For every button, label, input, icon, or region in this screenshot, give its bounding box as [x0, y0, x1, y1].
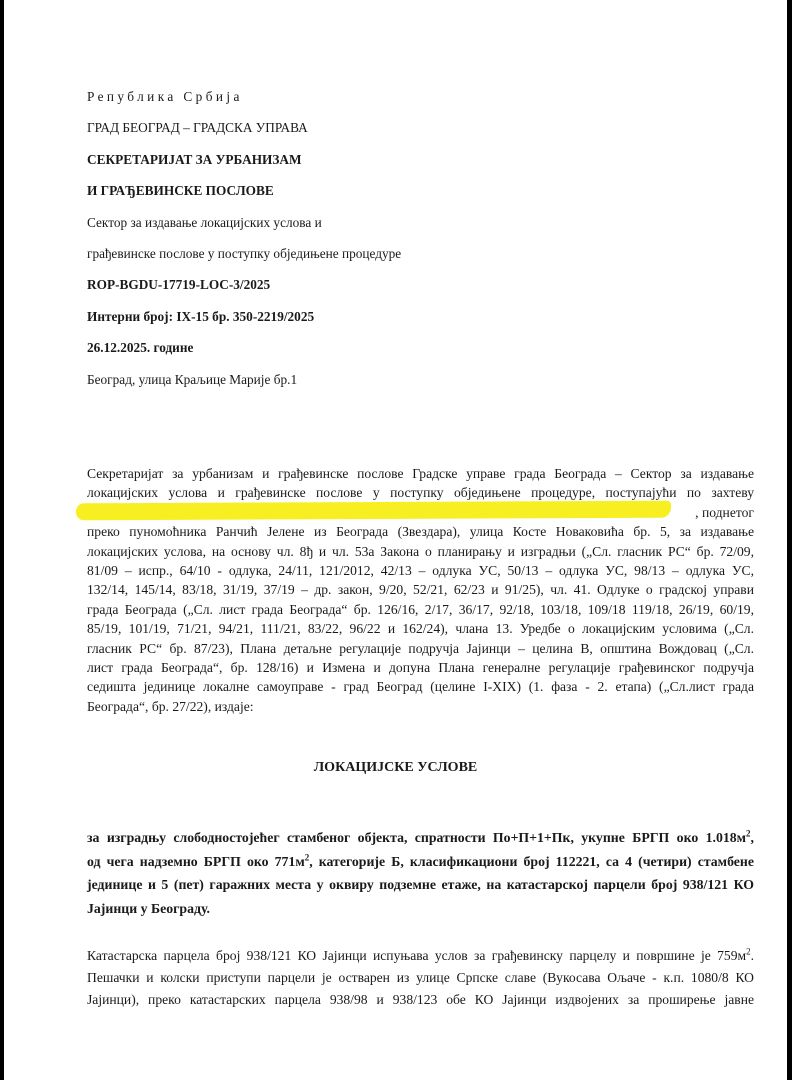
sector-line-1: Сектор за издавање локацијских услова и — [87, 215, 322, 231]
secretariat-line-1: СЕКРЕТАРИЈАТ ЗА УРБАНИЗАМ — [87, 152, 302, 168]
intro-line: Секретаријат за урбанизам и грађевинске … — [87, 464, 754, 483]
document-title: ЛОКАЦИЈСКЕ УСЛОВЕ — [4, 760, 787, 776]
parcel-line: Катастарска парцела број 938/121 КО Јаји… — [87, 945, 754, 967]
authority-name: ГРАД БЕОГРАД – ГРАДСКА УПРАВА — [87, 120, 308, 136]
parcel-paragraph: Катастарска парцела број 938/121 КО Јаји… — [87, 945, 754, 1011]
subject-paragraph: за изградњу слободностојећег стамбеног о… — [87, 826, 754, 920]
intro-line: локацијских услова, на основу чл. 8ђ и ч… — [87, 542, 754, 561]
intro-line: града Београда („Сл. лист града Београда… — [87, 600, 754, 619]
document-page: Република Србија ГРАД БЕОГРАД – ГРАДСКА … — [4, 0, 787, 1080]
parcel-line: Пешачки и колски приступи парцели је ост… — [87, 967, 754, 989]
subject-line: за изградњу слободностојећег стамбеног о… — [87, 826, 754, 850]
secretariat-line-2: И ГРАЂЕВИНСКЕ ПОСЛОВЕ — [87, 183, 274, 199]
intro-line: 85/19, 101/19, 71/21, 94/21, 111/21, 83/… — [87, 619, 754, 638]
subject-line: јединице и 5 (пет) гаражних места у окви… — [87, 873, 754, 897]
document-date: 26.12.2025. године — [87, 340, 193, 356]
internal-number: Интерни број: IX-15 бр. 350-2219/2025 — [87, 309, 314, 325]
country-name: Република Србија — [87, 89, 243, 105]
sector-line-2: грађевинске послове у поступку обједињен… — [87, 246, 401, 262]
intro-line: седишта јединице локалне самоуправе - гр… — [87, 677, 754, 696]
office-address: Београд, улица Краљице Марије бр.1 — [87, 372, 297, 388]
intro-line: преко пуномоћника Ранчић Јелене из Беогр… — [87, 522, 754, 541]
intro-line: лист града Београда“, бр. 128/16) и Изме… — [87, 658, 754, 677]
subject-line: Јајинци у Београду. — [87, 897, 754, 921]
redaction-highlight — [76, 501, 671, 521]
intro-line: 81/09 – испр., 64/10 - одлука, 24/11, 12… — [87, 561, 754, 580]
case-number: ROP-BGDU-17719-LOC-3/2025 — [87, 277, 270, 293]
intro-line: Београда“, бр. 27/22), издаје: — [87, 697, 754, 716]
parcel-line: Јајинци), преко катастарских парцела 938… — [87, 989, 754, 1011]
subject-line: од чега надземно БРГП око 771м2, категор… — [87, 850, 754, 874]
intro-line: гласник РС“ бр. 87/23), Плана детаљне ре… — [87, 639, 754, 658]
intro-line: 132/14, 145/14, 83/18, 31/19, 37/19 – др… — [87, 580, 754, 599]
